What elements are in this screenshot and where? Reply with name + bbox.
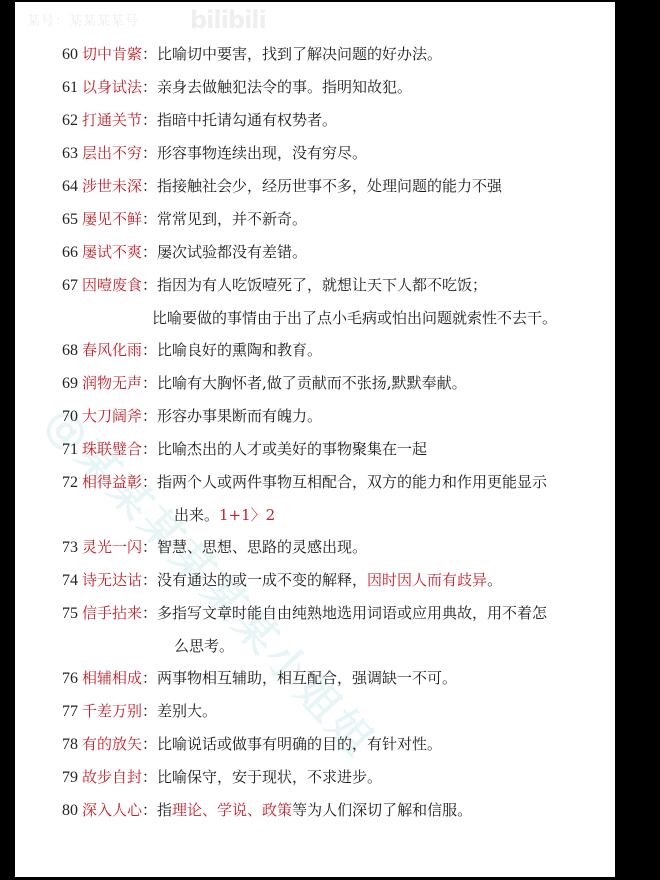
idiom-term: 大刀阔斧 (82, 407, 142, 425)
idiom-entry: 76相辅相成：两事物相互辅助，相互配合，强调缺一不可。 (62, 662, 605, 695)
entry-number: 76 (62, 670, 78, 687)
colon-separator: ： (142, 407, 157, 425)
highlighted-text: 理论、学说、政策 (172, 801, 292, 819)
entry-number: 78 (62, 736, 78, 753)
idiom-entry: 62打通关节：指暗中托请勾通有权势者。 (62, 104, 605, 137)
definition-text: 比喻有大胸怀者,做了贡献而不张扬,默默奉献。 (157, 374, 467, 392)
idiom-term: 层出不穷 (82, 144, 142, 162)
idiom-entry: 68春风化雨：比喻良好的熏陶和教育。 (62, 334, 605, 367)
definition-text: 没有通达的或一成不变的解释， (157, 571, 367, 589)
entry-number: 66 (62, 244, 78, 261)
definition-text: 。 (487, 571, 502, 589)
definition-text: 比喻要做的事情由于出了点小毛病或怕出问题就索性不去干。 (152, 309, 557, 327)
idiom-term: 切中肯綮 (82, 45, 142, 63)
entry-number: 71 (62, 441, 78, 458)
idiom-term: 灵光一闪 (82, 538, 142, 556)
idiom-term: 春风化雨 (82, 341, 142, 359)
idiom-entry: 63层出不穷：形容事物连续出现，没有穷尽。 (62, 137, 605, 170)
colon-separator: ： (142, 276, 157, 294)
idiom-term: 屡试不爽 (82, 243, 142, 261)
definition-text: 比喻保守，安于现状，不求进步。 (157, 768, 382, 786)
colon-separator: ： (142, 538, 157, 556)
entry-number: 69 (62, 375, 78, 392)
colon-separator: ： (142, 45, 157, 63)
definition-text: 屡次试验都没有差错。 (157, 243, 307, 261)
entry-number: 62 (62, 112, 78, 129)
colon-separator: ： (142, 111, 157, 129)
entry-number: 65 (62, 211, 78, 228)
definition-text: 常常见到，并不新奇。 (157, 210, 307, 228)
definition-text: 指因为有人吃饭噎死了，就想让天下人都不吃饭； (157, 276, 487, 294)
entry-number: 79 (62, 769, 78, 786)
entry-number: 61 (62, 79, 78, 96)
definition-text: 指两个人或两件事物互相配合，双方的能力和作用更能显示 (157, 473, 547, 491)
colon-separator: ： (142, 571, 157, 589)
definition-text: 比喻良好的熏陶和教育。 (157, 341, 322, 359)
entry-number: 72 (62, 474, 78, 491)
idiom-term: 屡见不鲜 (82, 210, 142, 228)
entry-number: 70 (62, 408, 78, 425)
definition-text: 智慧、思想、思路的灵感出现。 (157, 538, 367, 556)
idiom-term: 信手拈来 (82, 604, 142, 622)
idiom-entry: 79故步自封：比喻保守，安于现状，不求进步。 (62, 761, 605, 794)
colon-separator: ： (142, 144, 157, 162)
idiom-entry: 61以身试法：亲身去做触犯法令的事。指明知故犯。 (62, 71, 605, 104)
idiom-term: 千差万别 (82, 702, 142, 720)
definition-text: 指接触社会少，经历世事不多，处理问题的能力不强 (157, 177, 502, 195)
colon-separator: ： (142, 604, 157, 622)
idiom-entry: 66屡试不爽：屡次试验都没有差错。 (62, 236, 605, 269)
idiom-term: 相辅相成 (82, 669, 142, 687)
colon-separator: ： (142, 243, 157, 261)
idiom-entry: 60切中肯綮：比喻切中要害，找到了解决问题的好办法。 (62, 38, 605, 71)
idiom-entry: 72相得益彰：指两个人或两件事物互相配合，双方的能力和作用更能显示 (62, 466, 605, 499)
entry-number: 68 (62, 342, 78, 359)
idiom-term: 故步自封 (82, 768, 142, 786)
entry-number: 64 (62, 178, 78, 195)
colon-separator: ： (142, 735, 157, 753)
definition-text: 多指写文章时能自由纯熟地选用词语或应用典故，用不着怎 (157, 604, 547, 622)
colon-separator: ： (142, 341, 157, 359)
watermark-account-text: 某号：某某某某号 (27, 10, 139, 29)
idiom-term: 打通关节 (82, 111, 142, 129)
definition-text: 么思考。 (174, 637, 234, 655)
idiom-term: 涉世未深 (82, 177, 142, 195)
definition-text: 出来。 (174, 506, 219, 524)
idiom-entry: 77千差万别：差别大。 (62, 695, 605, 728)
highlighted-text: 因时因人而有歧异 (367, 571, 487, 589)
colon-separator: ： (142, 669, 157, 687)
entry-number: 60 (62, 46, 78, 63)
definition-text: 差别大。 (157, 702, 217, 720)
entry-number: 73 (62, 539, 78, 556)
idiom-entry: 65屡见不鲜：常常见到，并不新奇。 (62, 203, 605, 236)
idiom-entry: 80深入人心：指理论、学说、政策等为人们深切了解和信服。 (62, 794, 605, 827)
colon-separator: ： (142, 210, 157, 228)
entry-number: 74 (62, 572, 78, 589)
definition-text: 两事物相互辅助，相互配合，强调缺一不可。 (157, 669, 457, 687)
definition-continuation: 出来。1+1〉2 (62, 499, 605, 531)
colon-separator: ： (142, 702, 157, 720)
definition-text: 指 (157, 801, 172, 819)
document-page: 某号：某某某某号 bilibili @某某某某某某小姐姐 60切中肯綮：比喻切中… (15, 2, 615, 877)
idiom-entry: 71珠联璧合：比喻杰出的人才或美好的事物聚集在一起 (62, 433, 605, 466)
bilibili-logo-watermark: bilibili (190, 6, 266, 34)
colon-separator: ： (142, 801, 157, 819)
idiom-entry: 70大刀阔斧：形容办事果断而有魄力。 (62, 400, 605, 433)
definition-text: 形容事物连续出现，没有穷尽。 (157, 144, 367, 162)
idiom-term: 有的放矢 (82, 735, 142, 753)
idiom-entry: 64涉世未深：指接触社会少，经历世事不多，处理问题的能力不强 (62, 170, 605, 203)
entry-number: 77 (62, 703, 78, 720)
definition-continuation: 比喻要做的事情由于出了点小毛病或怕出问题就索性不去干。 (62, 302, 605, 334)
definition-text: 比喻切中要害，找到了解决问题的好办法。 (157, 45, 442, 63)
idiom-term: 珠联璧合 (82, 440, 142, 458)
definition-text: 比喻说话或做事有明确的目的，有针对性。 (157, 735, 442, 753)
idiom-entry: 75信手拈来：多指写文章时能自由纯熟地选用词语或应用典故，用不着怎 (62, 597, 605, 630)
idiom-entry: 78有的放矢：比喻说话或做事有明确的目的，有针对性。 (62, 728, 605, 761)
definition-continuation: 么思考。 (62, 630, 605, 662)
highlighted-text: 1+1〉2 (219, 506, 275, 524)
definition-text: 指暗中托请勾通有权势者。 (157, 111, 337, 129)
definition-text: 等为人们深切了解和信服。 (292, 801, 472, 819)
definition-text: 比喻杰出的人才或美好的事物聚集在一起 (157, 440, 427, 458)
idiom-term: 相得益彰 (82, 473, 142, 491)
definition-text: 形容办事果断而有魄力。 (157, 407, 322, 425)
colon-separator: ： (142, 78, 157, 96)
entry-number: 67 (62, 277, 78, 294)
idiom-entry: 74诗无达诂：没有通达的或一成不变的解释，因时因人而有歧异。 (62, 564, 605, 597)
colon-separator: ： (142, 473, 157, 491)
definition-text: 亲身去做触犯法令的事。指明知故犯。 (157, 78, 412, 96)
colon-separator: ： (142, 440, 157, 458)
idiom-entry: 67因噎废食：指因为有人吃饭噎死了，就想让天下人都不吃饭； (62, 269, 605, 302)
colon-separator: ： (142, 768, 157, 786)
entry-number: 63 (62, 145, 78, 162)
entry-number: 75 (62, 605, 78, 622)
colon-separator: ： (142, 177, 157, 195)
entry-number: 80 (62, 802, 78, 819)
idiom-entry: 73灵光一闪：智慧、思想、思路的灵感出现。 (62, 531, 605, 564)
idiom-entry: 69润物无声：比喻有大胸怀者,做了贡献而不张扬,默默奉献。 (62, 367, 605, 400)
colon-separator: ： (142, 374, 157, 392)
idiom-list: 60切中肯綮：比喻切中要害，找到了解决问题的好办法。61以身试法：亲身去做触犯法… (62, 38, 605, 827)
idiom-term: 诗无达诂 (82, 571, 142, 589)
idiom-term: 润物无声 (82, 374, 142, 392)
idiom-term: 深入人心 (82, 801, 142, 819)
idiom-term: 因噎废食 (82, 276, 142, 294)
idiom-term: 以身试法 (82, 78, 142, 96)
